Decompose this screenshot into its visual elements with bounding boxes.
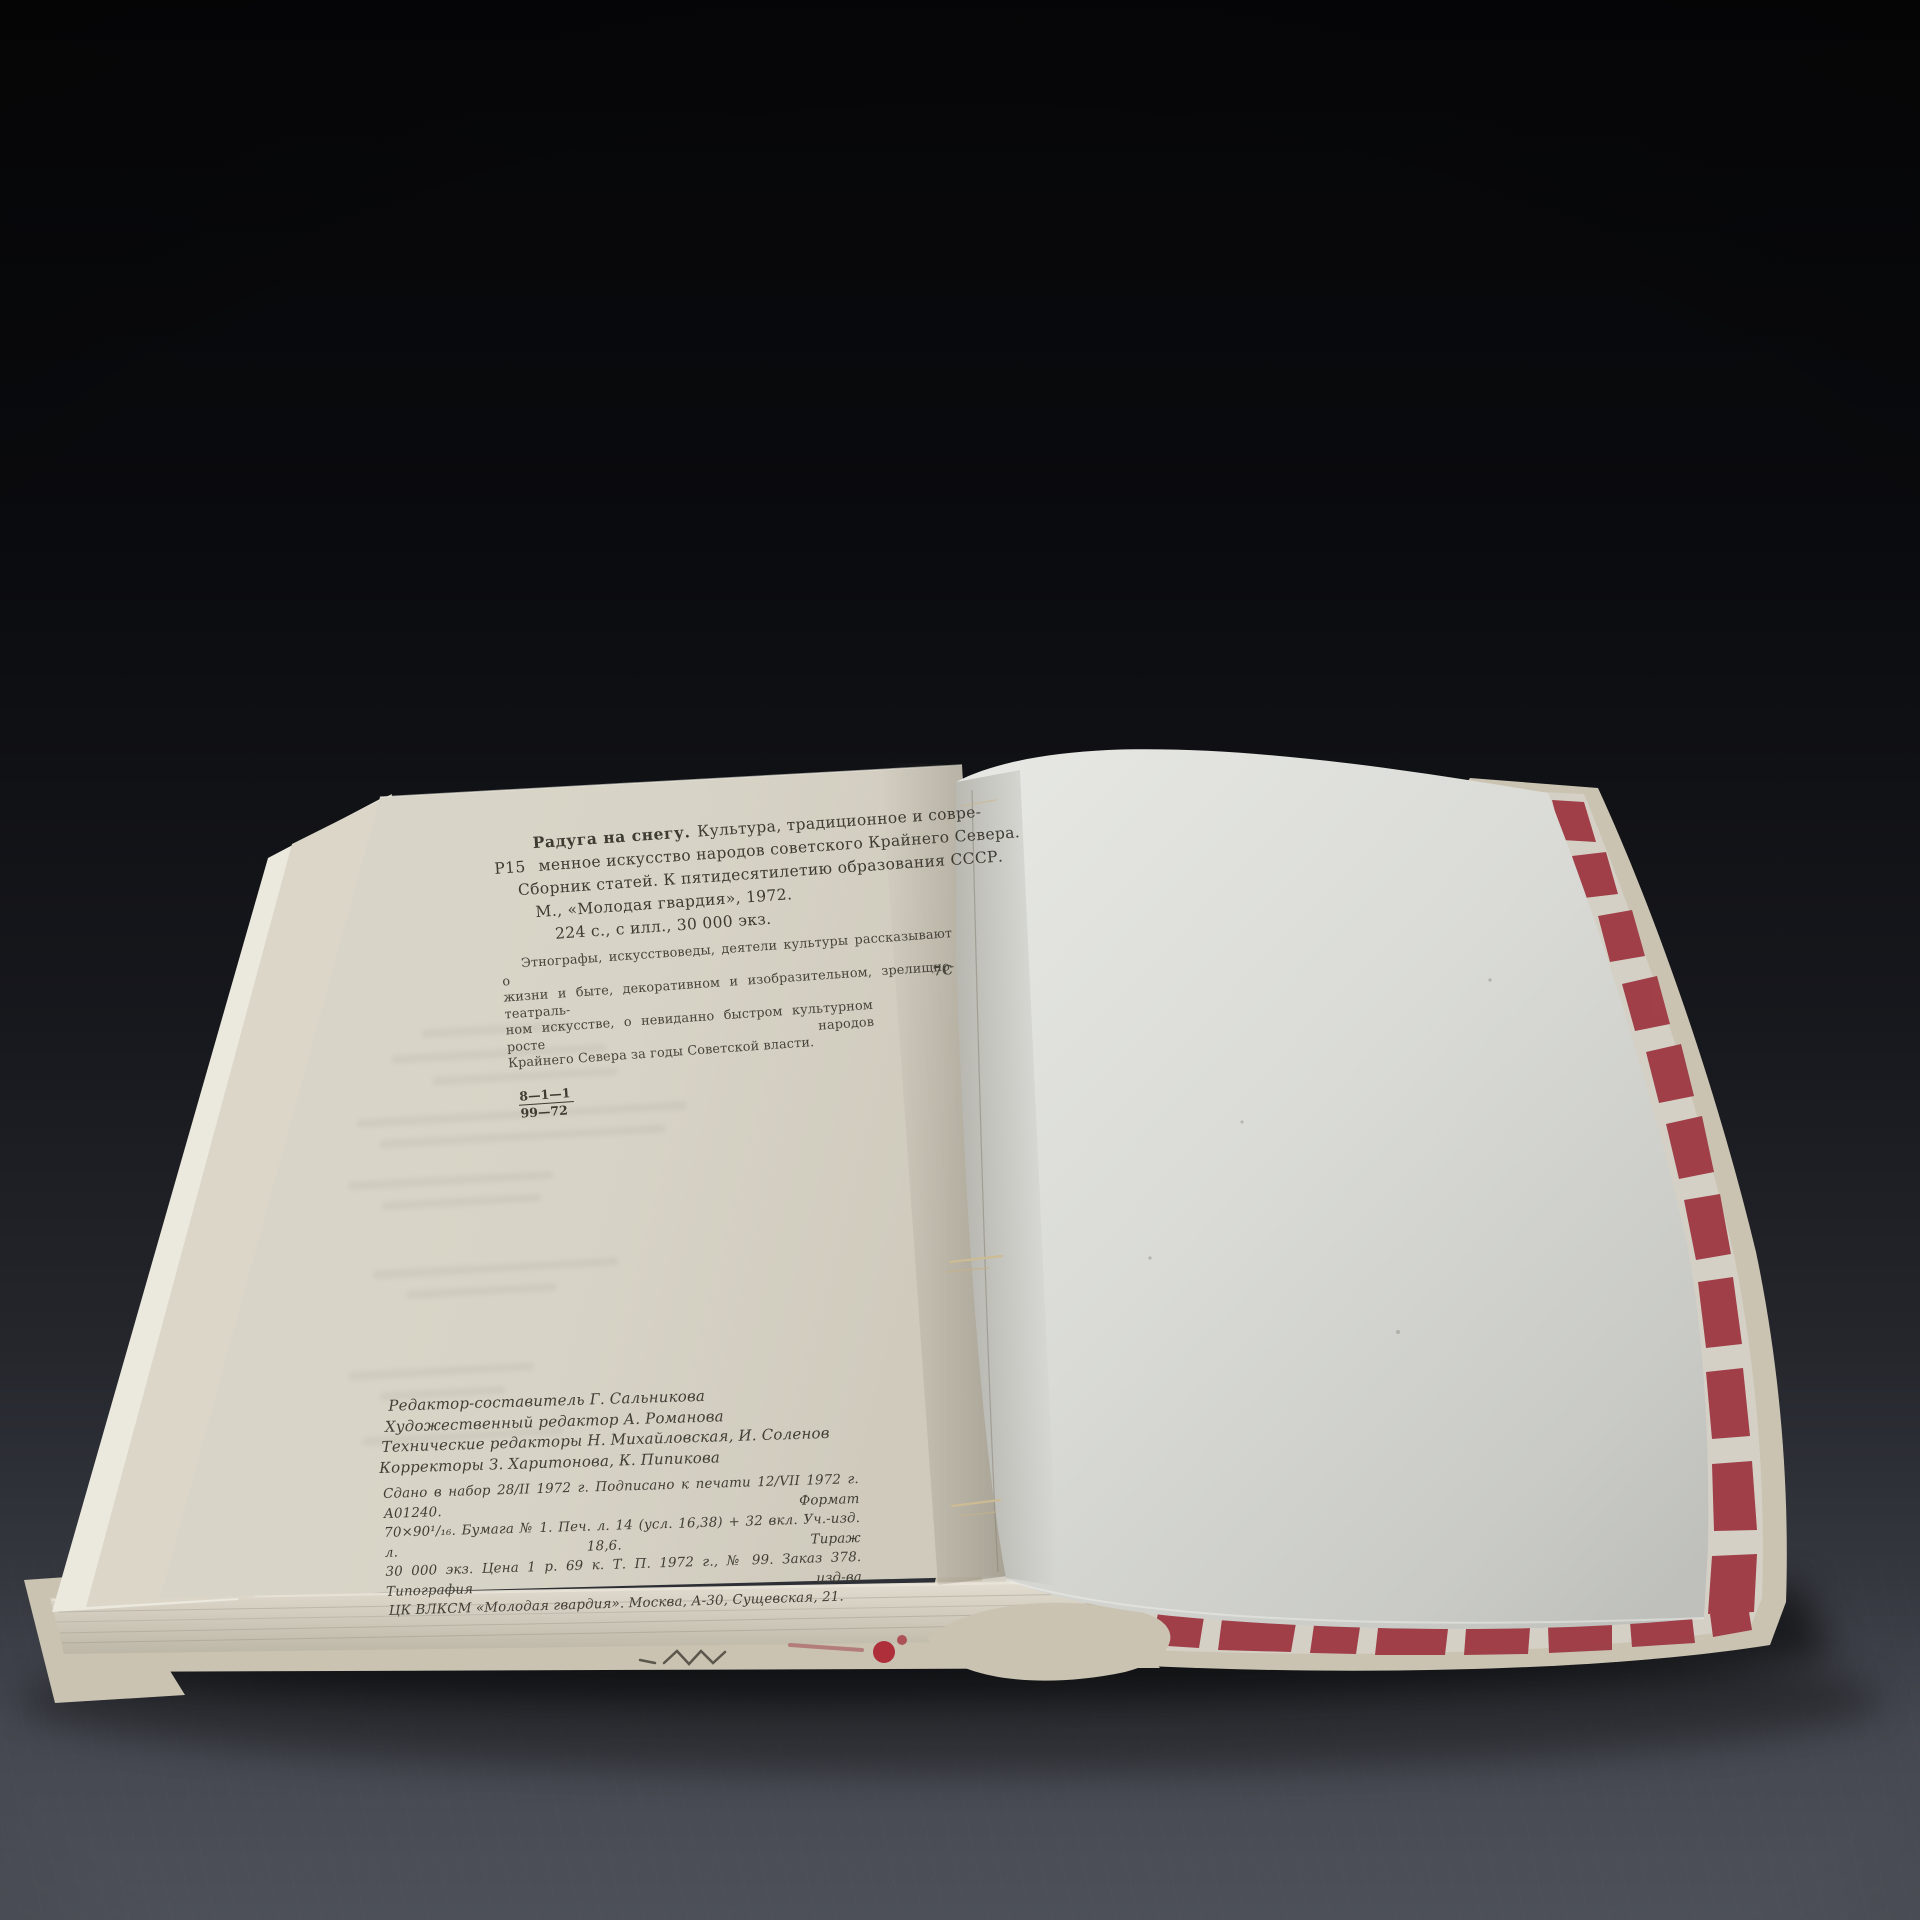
book	[0, 0, 1920, 1920]
colophon: Редактор-составитель Г. Сальникова Худож…	[380, 1381, 869, 1622]
catalog-index-code: Р15	[494, 858, 526, 878]
photo-of-open-book: Радуга на снегу.Культура, традиционное и…	[0, 0, 1920, 1920]
classification-code: 7С	[932, 963, 953, 981]
imprint-paragraph: Сдано в набор 28/II 1972 г. Подписано к …	[383, 1470, 863, 1621]
annotation-paragraph: Этнографы, искусствоведы, деятели культу…	[501, 926, 960, 1073]
catalog-card: Радуга на снегу.Культура, традиционное и…	[492, 802, 963, 1120]
